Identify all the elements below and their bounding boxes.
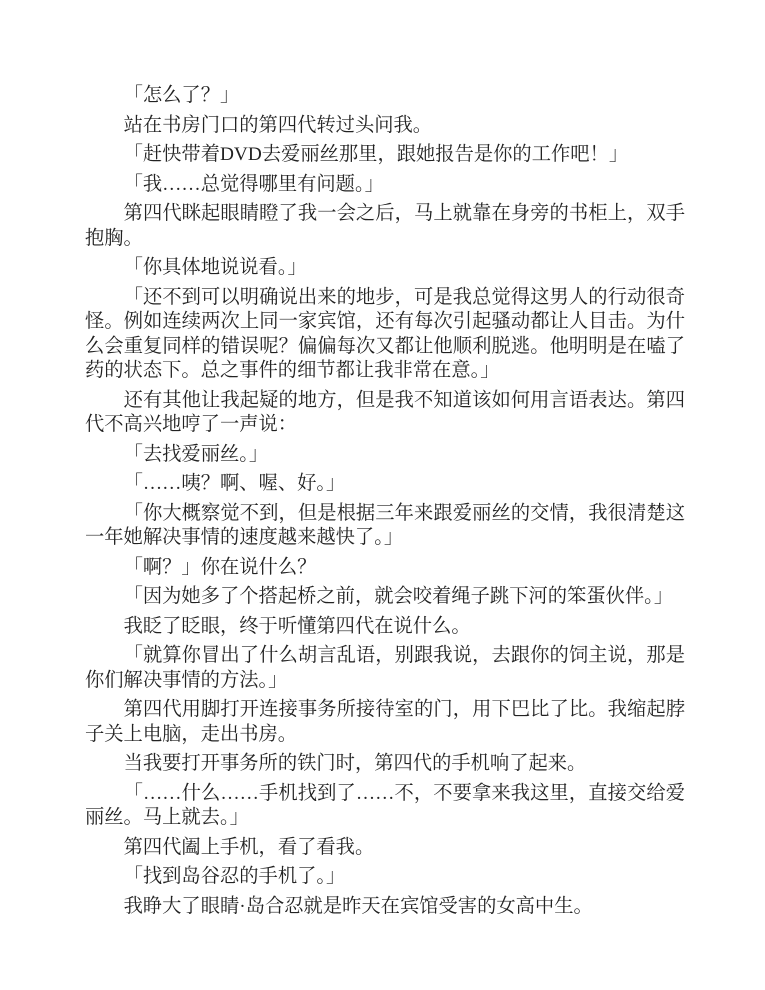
paragraph: 「就算你冒出了什么胡言乱语，别跟我说，去跟你的饲主说，那是你们解决事情的方法。」	[85, 644, 685, 693]
paragraph: 第四代阖上手机，看了看我。	[85, 836, 685, 861]
paragraph: 「我……总觉得哪里有问题。」	[85, 173, 685, 198]
paragraph: 「赶快带着DVD去爱丽丝那里，跟她报告是你的工作吧！」	[85, 143, 685, 168]
paragraph: 「……什么……手机找到了……不，不要拿来我这里，直接交给爱丽丝。马上就去。」	[85, 782, 685, 831]
paragraph: 第四代用脚打开连接事务所接待室的门，用下巴比了比。我缩起脖子关上电脑，走出书房。	[85, 698, 685, 747]
paragraph: 站在书房门口的第四代转过头问我。	[85, 114, 685, 139]
paragraph: 「找到岛谷忍的手机了。」	[85, 865, 685, 890]
paragraph: 「怎么了？」	[85, 84, 685, 109]
paragraph: 「去找爱丽丝。」	[85, 443, 685, 468]
paragraph: 我眨了眨眼，终于听懂第四代在说什么。	[85, 615, 685, 640]
document-page: 「怎么了？」 站在书房门口的第四代转过头问我。 「赶快带着DVD去爱丽丝那里，跟…	[0, 0, 765, 990]
paragraph: 「因为她多了个搭起桥之前，就会咬着绳子跳下河的笨蛋伙伴。」	[85, 585, 685, 610]
paragraph: 「你具体地说说看。」	[85, 256, 685, 281]
paragraph: 还有其他让我起疑的地方，但是我不知道该如何用言语表达。第四代不高兴地哼了一声说：	[85, 389, 685, 438]
text-block: 「怎么了？」 站在书房门口的第四代转过头问我。 「赶快带着DVD去爱丽丝那里，跟…	[85, 84, 685, 924]
paragraph: 当我要打开事务所的铁门时，第四代的手机响了起来。	[85, 752, 685, 777]
paragraph: 第四代眯起眼睛瞪了我一会之后，马上就靠在身旁的书柜上，双手抱胸。	[85, 202, 685, 251]
paragraph: 「……咦？啊、喔、好。」	[85, 472, 685, 497]
paragraph: 我睁大了眼睛·岛合忍就是昨天在宾馆受害的女高中生。	[85, 895, 685, 920]
paragraph: 「你大概察觉不到，但是根据三年来跟爱丽丝的交情，我很清楚这一年她解决事情的速度越…	[85, 502, 685, 551]
paragraph: 「啊？」你在说什么？	[85, 556, 685, 581]
paragraph: 「还不到可以明确说出来的地步，可是我总觉得这男人的行动很奇怪。例如连续两次上同一…	[85, 286, 685, 384]
